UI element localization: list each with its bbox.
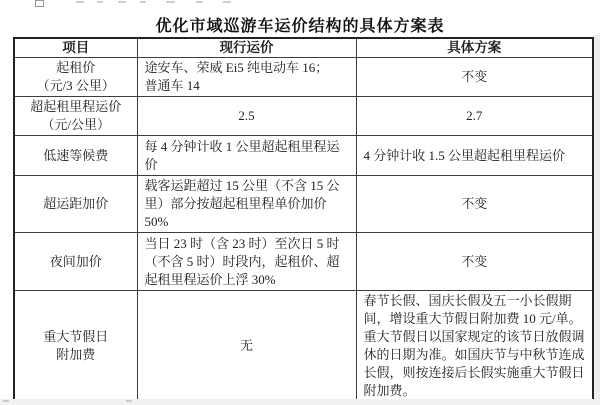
table-cell-current-fare: 2.5 — [137, 97, 356, 136]
table-cell-plan: 不变 — [356, 176, 593, 233]
table-row: 超起租里程运价 （元/公里）2.52.7 — [14, 97, 593, 136]
ruler-tick-icon — [76, 1, 84, 3]
fare-table-body: 起租价 （元/3 公里）途安车、荣威 Ei5 纯电动车 16； 普通车 14不变… — [14, 58, 593, 403]
edge-mark-icon — [126, 400, 132, 402]
ruler-tick-icon — [118, 1, 126, 3]
tab-stop-icon — [35, 0, 44, 7]
table-cell-current-fare: 途安车、荣威 Ei5 纯电动车 16； 普通车 14 — [137, 58, 356, 97]
ruler-tick-icon — [223, 1, 231, 3]
table-cell-item: 低速等候费 — [14, 136, 137, 176]
toolbar-fragment — [0, 0, 600, 6]
screenshot-bottom-edge — [0, 399, 600, 405]
ruler-tick-icon — [196, 1, 203, 3]
col-header-current-fare: 现行运价 — [137, 38, 356, 58]
table-cell-item: 超运距加价 — [14, 176, 137, 233]
ruler-tick-icon — [97, 1, 103, 3]
table-cell-item: 夜间加价 — [14, 233, 137, 291]
table-cell-plan: 不变 — [356, 58, 593, 97]
table-cell-plan: 2.7 — [356, 97, 593, 136]
table-cell-current-fare: 当日 23 时（含 23 时）至次日 5 时（不含 5 时）时段内，起租价、超起… — [137, 233, 356, 291]
table-cell-item: 超起租里程运价 （元/公里） — [14, 97, 137, 136]
table-row: 超运距加价载客运距超过 15 公里（不含 15 公里）部分按超起租里程单价加价 … — [14, 176, 593, 233]
table-row: 重大节假日 附加费无春节长假、国庆长假及五一小长假期间，增设重大节假日附加费 1… — [14, 291, 593, 403]
article-screenshot: { "page": { "title": "优化市域巡游车运价结构的具体方案表"… — [0, 0, 600, 405]
ruler-tick-icon — [140, 1, 146, 3]
table-row: 起租价 （元/3 公里）途安车、荣威 Ei5 纯电动车 16； 普通车 14不变 — [14, 58, 593, 97]
table-cell-plan: 春节长假、国庆长假及五一小长假期间，增设重大节假日附加费 10 元/单。重大节假… — [356, 291, 593, 403]
col-header-plan: 具体方案 — [356, 38, 593, 58]
fare-table: 项目 现行运价 具体方案 起租价 （元/3 公里）途安车、荣威 Ei5 纯电动车… — [13, 37, 594, 404]
page-title: 优化市域巡游车运价结构的具体方案表 — [0, 13, 600, 36]
table-header-row: 项目 现行运价 具体方案 — [14, 38, 593, 58]
ruler-tick-icon — [166, 1, 175, 3]
table-cell-current-fare: 无 — [137, 291, 356, 403]
edge-mark-icon — [3, 400, 9, 402]
table-row: 夜间加价当日 23 时（含 23 时）至次日 5 时（不含 5 时）时段内，起租… — [14, 233, 593, 291]
table-row: 低速等候费每 4 分钟计收 1 公里超起租里程运价4 分钟计收 1.5 公里超起… — [14, 136, 593, 176]
col-header-item: 项目 — [14, 38, 137, 58]
table-cell-item: 起租价 （元/3 公里） — [14, 58, 137, 97]
table-cell-current-fare: 载客运距超过 15 公里（不含 15 公里）部分按超起租里程单价加价 50% — [137, 176, 356, 233]
screenshot-right-edge — [594, 35, 600, 399]
table-cell-item: 重大节假日 附加费 — [14, 291, 137, 403]
table-cell-plan: 4 分钟计收 1.5 公里超起租里程运价 — [356, 136, 593, 176]
table-cell-plan: 不变 — [356, 233, 593, 291]
table-cell-current-fare: 每 4 分钟计收 1 公里超起租里程运价 — [137, 136, 356, 176]
